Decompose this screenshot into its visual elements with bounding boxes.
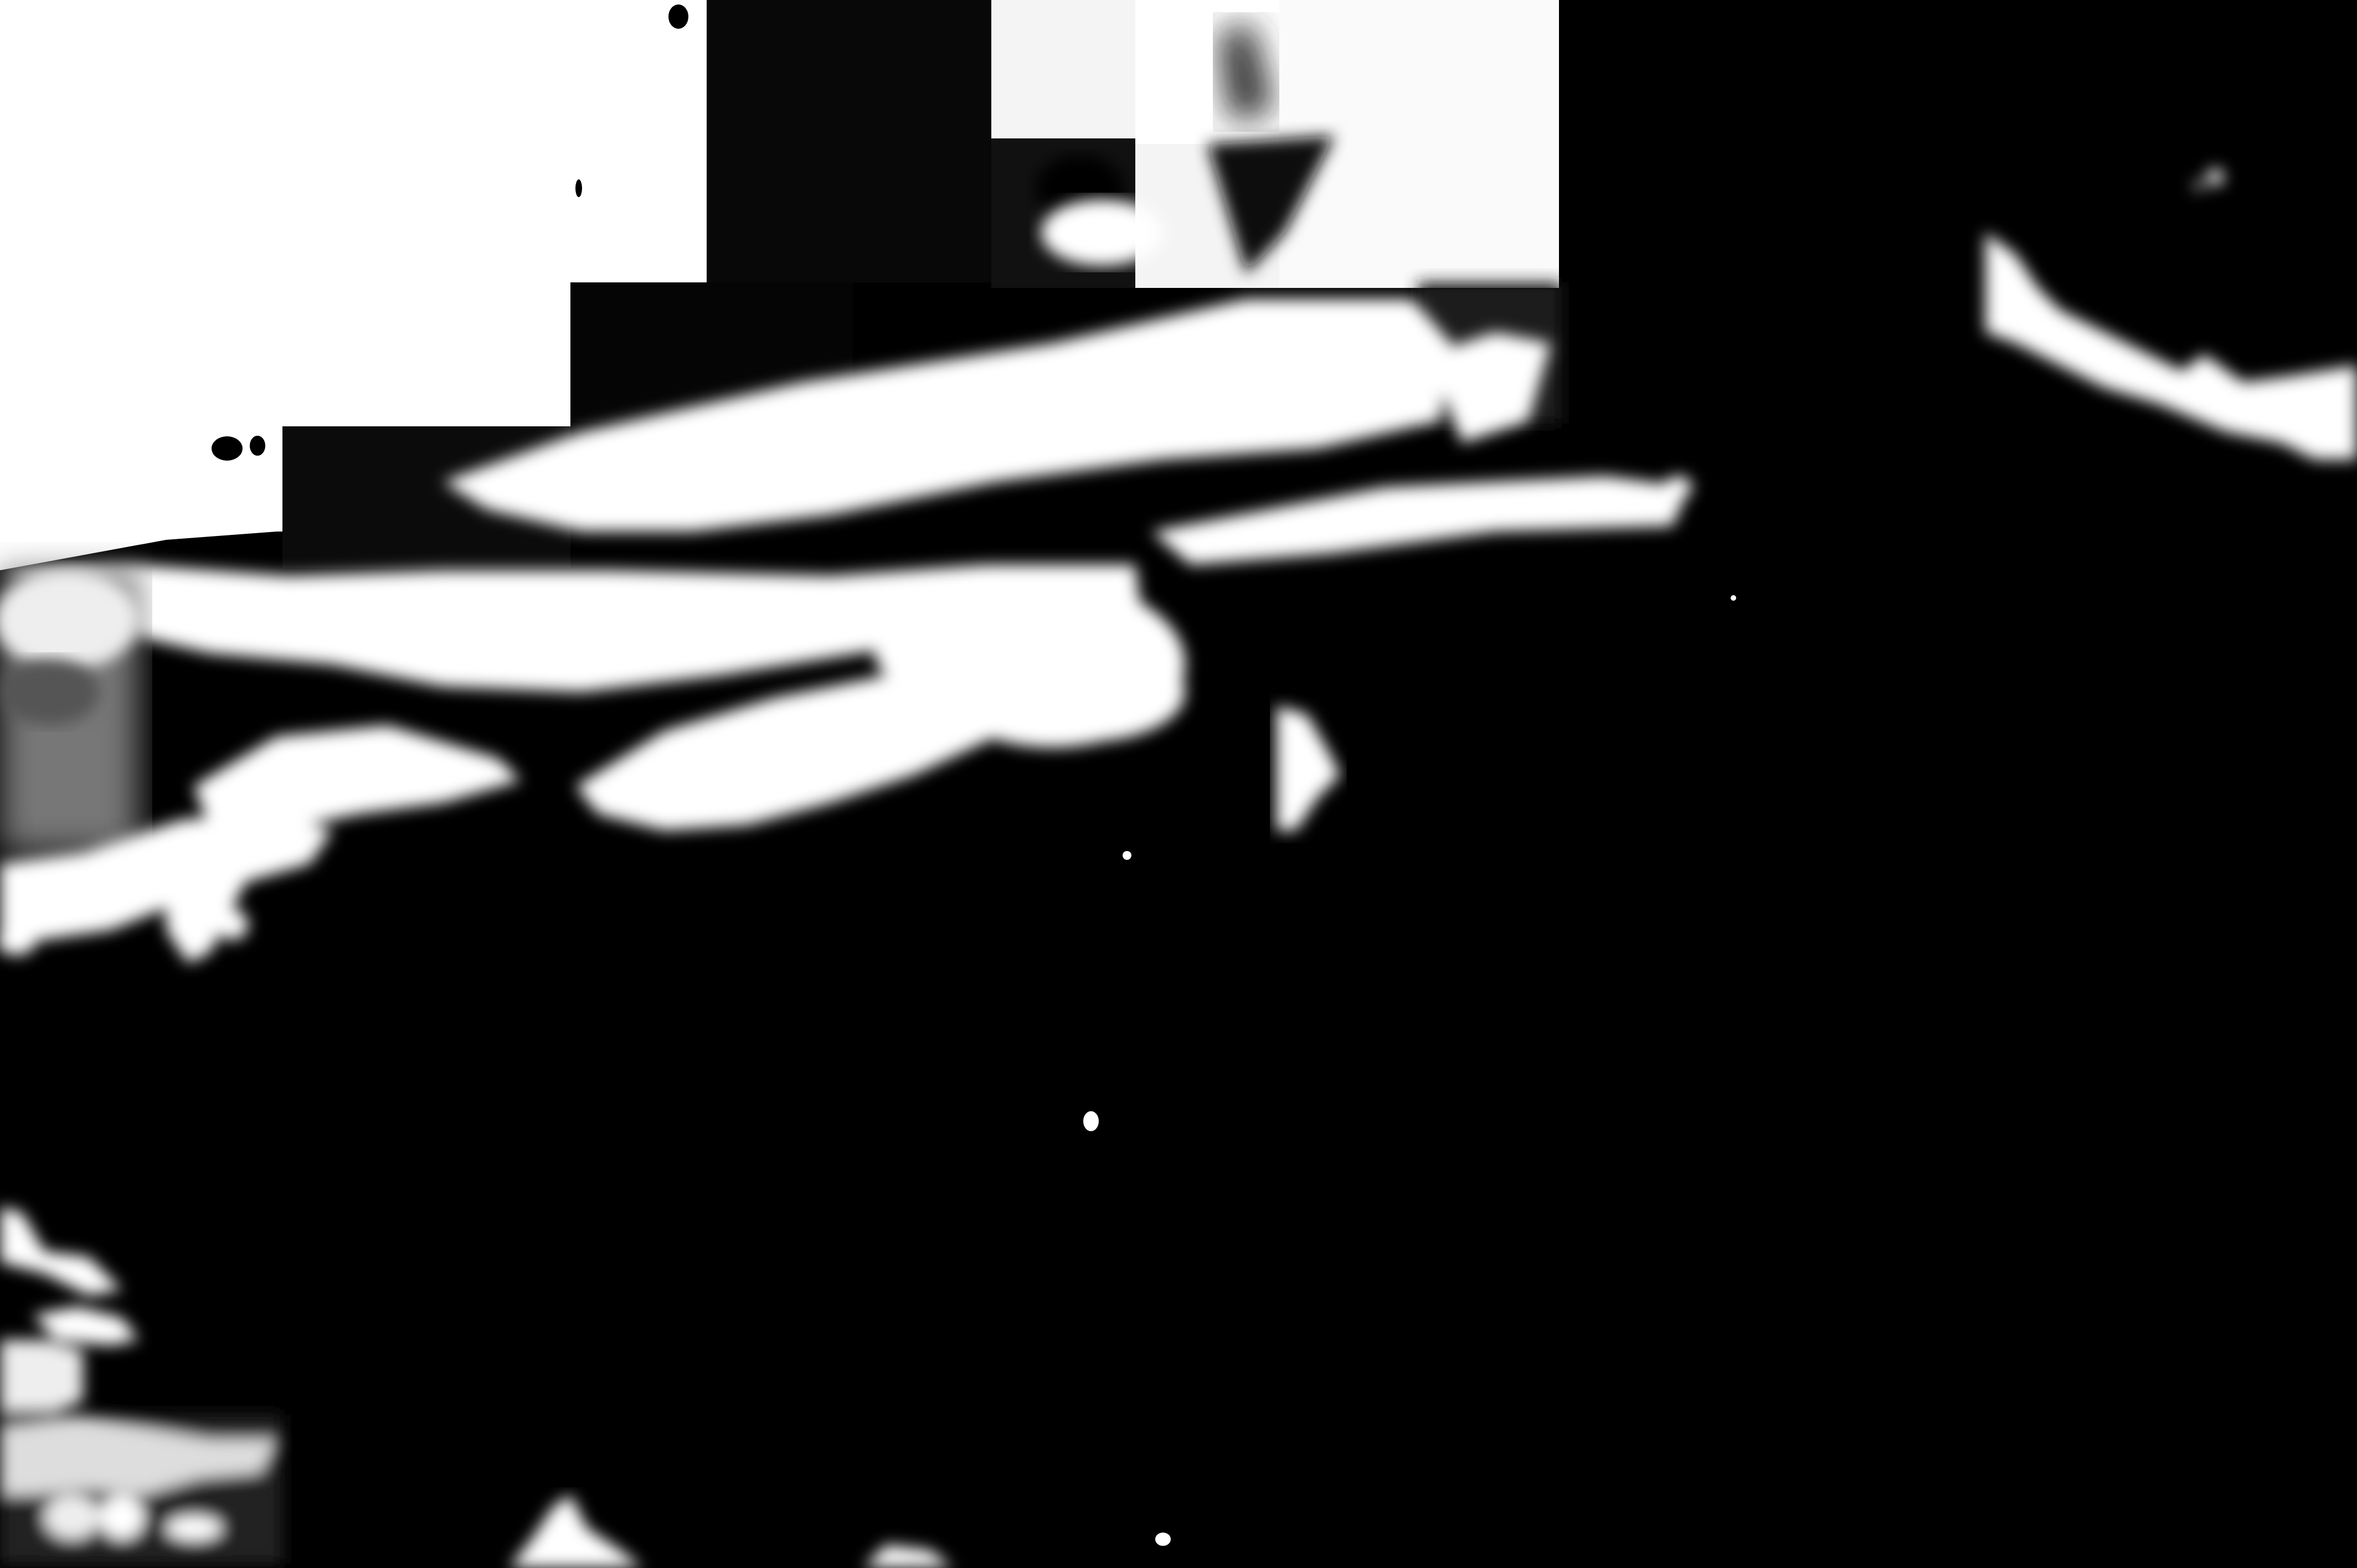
left-gray-region <box>0 570 138 853</box>
cloud-mask-image <box>0 0 2357 1568</box>
top-middle-white-region <box>991 0 1559 288</box>
